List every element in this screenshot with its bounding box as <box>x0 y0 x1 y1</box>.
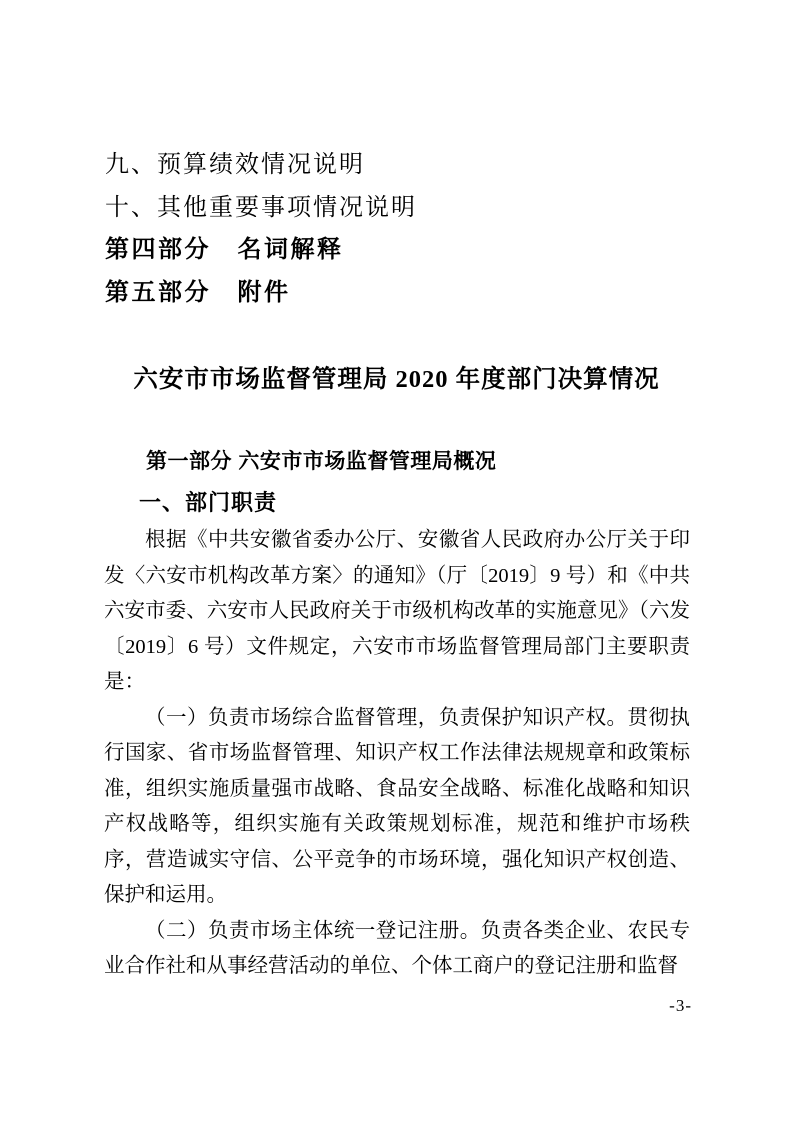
toc-item-part4: 第四部分 名词解释 <box>105 229 417 272</box>
toc-item-10: 十、其他重要事项情况说明 <box>105 187 417 230</box>
page-number: -3- <box>669 994 692 1018</box>
toc-item-part5: 第五部分 附件 <box>105 272 417 315</box>
document-title: 六安市市场监督管理局 2020 年度部门决算情况 <box>0 362 793 398</box>
document-page: 九、预算绩效情况说明 十、其他重要事项情况说明 第四部分 名词解释 第五部分 附… <box>0 0 793 1122</box>
paragraph-duty-2: （二）负责市场主体统一登记注册。负责各类企业、农民专业合作社和从事经营活动的单位… <box>104 914 690 985</box>
paragraph-basis: 根据《中共安徽省委办公厅、安徽省人民政府办公厅关于印发〈六安市机构改革方案〉的通… <box>104 523 690 701</box>
body-text: 根据《中共安徽省委办公厅、安徽省人民政府办公厅关于印发〈六安市机构改革方案〉的通… <box>104 523 690 985</box>
table-of-contents: 九、预算绩效情况说明 十、其他重要事项情况说明 第四部分 名词解释 第五部分 附… <box>105 144 417 314</box>
section-heading-part1: 第一部分 六安市市场监督管理局概况 <box>146 446 496 477</box>
paragraph-duty-1: （一）负责市场综合监督管理，负责保护知识产权。贯彻执行国家、省市场监督管理、知识… <box>104 701 690 914</box>
sub-heading-duties: 一、部门职责 <box>139 487 277 518</box>
toc-item-9: 九、预算绩效情况说明 <box>105 144 417 187</box>
